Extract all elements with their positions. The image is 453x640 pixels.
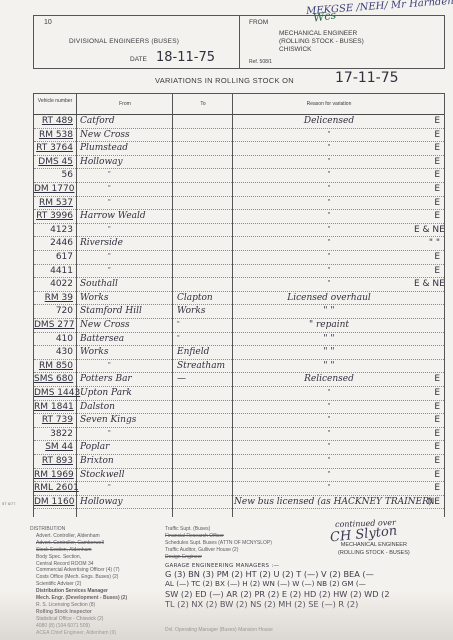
vehicle-number: 3822 <box>34 427 75 441</box>
garage-code-line: SW (2) ED (—) AR (2) PR (2) E (2) HD (2)… <box>165 589 390 599</box>
vehicle-number: RM 537 <box>34 196 75 210</box>
reason: Relicensed <box>234 372 424 386</box>
table-row: RM 850"Streatham" " <box>34 359 444 374</box>
code: E <box>414 481 442 495</box>
table-row: RT 489CatfordDelicensedE <box>34 114 444 129</box>
distribution-item: R. S. Licensing Section (8) <box>36 602 127 609</box>
table-header: Vehicle number From To Reason for variat… <box>34 94 444 115</box>
margin-note: 5T 6/77 <box>2 501 16 506</box>
table-row: 4022Southall"E & NE <box>34 277 444 292</box>
from-garage: Riverside <box>78 236 172 250</box>
vehicle-number: RM 1969 <box>34 468 75 482</box>
col-header-to: To <box>174 101 232 107</box>
code: E <box>414 182 442 196</box>
table-row: RML 2601""E <box>34 481 444 496</box>
table-row: DM 1160HollowayNew bus licensed (as HACK… <box>34 495 444 510</box>
from-garage: Seven Kings <box>78 413 172 427</box>
col-header-reason: Reason for variation <box>234 101 424 107</box>
table-row: DMS 1443Upton Park"E <box>34 386 444 401</box>
code: NE <box>414 495 442 509</box>
from-garage: Potters Bar <box>78 372 172 386</box>
code <box>414 318 442 332</box>
distribution-item: ACEA Chief Engineer, Aldenham (9) <box>36 630 127 637</box>
to-garage <box>174 386 232 400</box>
date-value: 18-11-75 <box>156 50 215 65</box>
table-row: DMS 45Holloway"E <box>34 155 444 170</box>
from-garage: " <box>78 427 172 441</box>
garage-code-line: TL (2) NX (2) BW (2) NS (2) MH (2) SE (—… <box>165 599 390 609</box>
from-garage: Southall <box>78 277 172 291</box>
distribution-item: Traffic Supt. (Buses) <box>165 526 272 533</box>
to-garage <box>174 495 232 509</box>
distribution-item: Schedules Supt. Buses (ATTN OF MCNYSLOP) <box>165 540 272 547</box>
to-garage <box>174 223 232 237</box>
from-garage: Battersea <box>78 332 172 346</box>
page-title: VARIATIONS IN ROLLING STOCK ON <box>155 76 294 85</box>
distribution-item: 4080 (8) (104 6071 509) <box>36 623 127 630</box>
to-garage <box>174 155 232 169</box>
code <box>414 359 442 373</box>
from-garage: " <box>78 223 172 237</box>
from-garage: Stamford Hill <box>78 304 172 318</box>
from-garage: Brixton <box>78 454 172 468</box>
code: E <box>414 386 442 400</box>
distribution-item: Traffic Auditor, Gulliver House (2) <box>165 547 272 554</box>
vehicle-number: DM 1770 <box>34 182 75 196</box>
to-garage <box>174 114 232 128</box>
vehicle-number: RT 3764 <box>34 141 75 155</box>
distribution-item: Design Engineer <box>165 554 272 561</box>
variations-table: Vehicle number From To Reason for variat… <box>33 93 445 517</box>
distribution-item: Financial Research Officer <box>165 533 272 540</box>
from-garage: " <box>78 264 172 278</box>
vehicle-number: 56 <box>34 168 75 182</box>
reason: " <box>234 141 424 155</box>
sender-line-1: MECHANICAL ENGINEER <box>279 30 357 37</box>
code: E <box>414 168 442 182</box>
to-garage: " <box>174 332 232 346</box>
signature-title-line-2: (ROLLING STOCK - BUSES) <box>338 549 410 557</box>
vehicle-number: RML 2601 <box>34 481 75 495</box>
from-garage: Holloway <box>78 155 172 169</box>
code: E <box>414 196 442 210</box>
code: E <box>414 114 442 128</box>
code: E <box>414 141 442 155</box>
distribution-item: Statistical Office - Chiswick (2) <box>36 616 127 623</box>
to-garage <box>174 454 232 468</box>
to-garage <box>174 250 232 264</box>
to-garage <box>174 468 232 482</box>
from-label: FROM <box>249 19 268 26</box>
distribution-item: Advert. Controller, Camberwell <box>36 540 127 547</box>
table-row: RM 537""E <box>34 196 444 211</box>
reason: " <box>234 277 424 291</box>
reason: " <box>234 454 424 468</box>
garage-managers: GARAGE ENGINEERING MANAGERS :— G (3) BN … <box>165 563 390 609</box>
table-row: RM 1969Stockwell"E <box>34 468 444 483</box>
table-row: RT 739Seven Kings"E <box>34 413 444 428</box>
vehicle-number: 410 <box>34 332 75 346</box>
table-row: 3822""E <box>34 427 444 442</box>
to-garage <box>174 209 232 223</box>
signature-title: MECHANICAL ENGINEER (ROLLING STOCK - BUS… <box>338 541 410 557</box>
from-garage: " <box>78 196 172 210</box>
code: E <box>414 413 442 427</box>
table-row: RM 39WorksClaptonLicensed overhaul <box>34 291 444 306</box>
from-garage: " <box>78 250 172 264</box>
vehicle-number: RM 1841 <box>34 400 75 414</box>
distribution-item: Costs Office (Mech. Engs. Buses) (2) <box>36 574 127 581</box>
vehicle-number: RT 489 <box>34 114 75 128</box>
reason: " <box>234 440 424 454</box>
table-row: 430WorksEnfield" " <box>34 345 444 360</box>
vehicle-number: DM 1160 <box>34 495 75 509</box>
from-garage: Harrow Weald <box>78 209 172 223</box>
vehicle-number: RM 538 <box>34 128 75 142</box>
distribution-item: Stock Section, Aldenham <box>36 547 127 554</box>
vehicle-number: 430 <box>34 345 75 359</box>
table-row: SM 44Poplar"E <box>34 440 444 455</box>
vehicle-number: RT 893 <box>34 454 75 468</box>
vehicle-number: SM 44 <box>34 440 75 454</box>
distribution-item: Central Record ROOM 34 <box>36 561 127 568</box>
vehicle-number: RT 739 <box>34 413 75 427</box>
from-garage: " <box>78 182 172 196</box>
reason: " <box>234 236 424 250</box>
garage-code-line: G (3) BN (3) PM (2) HT (2) U (2) T (—) V… <box>165 569 390 579</box>
reason: " <box>234 223 424 237</box>
distribution-list-right: Traffic Supt. (Buses)Financial Research … <box>165 526 272 561</box>
code: E <box>414 264 442 278</box>
distribution-item: Distribution Services Manager <box>36 588 127 595</box>
header-divider <box>239 16 240 68</box>
reason: " " <box>234 359 424 373</box>
to-garage <box>174 264 232 278</box>
reason: " repaint <box>234 318 424 332</box>
reason: " " <box>234 345 424 359</box>
reason: " " <box>234 304 424 318</box>
from-garage: Works <box>78 345 172 359</box>
from-garage: Plumstead <box>78 141 172 155</box>
vehicle-number: 4411 <box>34 264 75 278</box>
from-garage: Catford <box>78 114 172 128</box>
distribution-item: Rolling Stock Inspector <box>36 609 127 616</box>
from-garage: New Cross <box>78 128 172 142</box>
distribution-item: Body Spec. Section, <box>36 554 127 561</box>
reason: " <box>234 168 424 182</box>
from-garage: " <box>78 481 172 495</box>
reason: " <box>234 250 424 264</box>
from-garage: Holloway <box>78 495 172 509</box>
title-date: 17-11-75 <box>335 70 399 86</box>
vehicle-number: 4022 <box>34 277 75 291</box>
to-garage <box>174 277 232 291</box>
reason: " <box>234 128 424 142</box>
table-row: 4411""E <box>34 264 444 279</box>
distribution-heading: DISTRIBUTION <box>30 526 127 533</box>
distribution-right: Traffic Supt. (Buses)Financial Research … <box>165 526 272 561</box>
garage-codes: G (3) BN (3) PM (2) HT (2) U (2) T (—) V… <box>165 569 390 609</box>
from-garage: New Cross <box>78 318 172 332</box>
reason: " <box>234 400 424 414</box>
table-row: RM 1841Dalston"E <box>34 400 444 415</box>
to-garage <box>174 168 232 182</box>
vehicle-number: RM 39 <box>34 291 75 305</box>
code <box>414 304 442 318</box>
header-box: 10 DIVISIONAL ENGINEERS (BUSES) DATE 18-… <box>33 15 445 69</box>
reason: Licensed overhaul <box>234 291 424 305</box>
reason: " <box>234 413 424 427</box>
distribution-item: Mech. Engr. (Development - Buses) (2) <box>36 595 127 602</box>
reason: " <box>234 182 424 196</box>
vehicle-number: 617 <box>34 250 75 264</box>
reason: " <box>234 386 424 400</box>
table-row: RM 538New Cross"E <box>34 128 444 143</box>
vehicle-number: 2446 <box>34 236 75 250</box>
reference: Ref. 508/1 <box>249 59 272 65</box>
recipient: DIVISIONAL ENGINEERS (BUSES) <box>69 38 179 45</box>
reason: " <box>234 427 424 441</box>
distribution-item: Scientific Adviser (2) <box>36 581 127 588</box>
reason: " <box>234 155 424 169</box>
code <box>414 332 442 346</box>
to-garage <box>174 128 232 142</box>
vehicle-number: RT 3996 <box>34 209 75 223</box>
code: E & NE <box>414 223 442 237</box>
code: E <box>414 427 442 441</box>
distribution-item: Advert. Controller, Aldenham <box>36 533 127 540</box>
to-garage <box>174 440 232 454</box>
from-garage: Poplar <box>78 440 172 454</box>
code: E <box>414 155 442 169</box>
reason: " <box>234 209 424 223</box>
col-header-from: From <box>78 101 172 107</box>
table-row: 56""E <box>34 168 444 183</box>
vehicle-number: SMS 680 <box>34 372 75 386</box>
date-label: DATE <box>130 56 147 63</box>
vehicle-number: DMS 45 <box>34 155 75 169</box>
code: E <box>414 209 442 223</box>
garage-code-line: AL (—) TC (2) BX (—) H (2) WN (—) W (—) … <box>165 579 390 589</box>
reason: " <box>234 264 424 278</box>
to-garage <box>174 481 232 495</box>
code: E <box>414 128 442 142</box>
to-garage <box>174 400 232 414</box>
to-garage: " <box>174 318 232 332</box>
distribution-left: Advert. Controller, AldenhamAdvert. Cont… <box>30 533 127 637</box>
code <box>414 345 442 359</box>
table-row: RT 3996Harrow Weald"E <box>34 209 444 224</box>
signature-title-line-1: MECHANICAL ENGINEER <box>338 541 410 549</box>
distribution-list: DISTRIBUTION Advert. Controller, Aldenha… <box>30 526 127 637</box>
from-garage: " <box>78 359 172 373</box>
distribution-item: Commercial Advertising Officer (4) (7) <box>36 567 127 574</box>
code: E <box>414 400 442 414</box>
to-garage <box>174 413 232 427</box>
code: E <box>414 440 442 454</box>
from-garage: Dalston <box>78 400 172 414</box>
code: " " <box>414 236 442 250</box>
document-page: 10 DIVISIONAL ENGINEERS (BUSES) DATE 18-… <box>0 0 453 640</box>
to-garage: Streatham <box>174 359 232 373</box>
col-header-vehicle: Vehicle number <box>36 98 74 104</box>
table-row: DMS 277New Cross"" repaint <box>34 318 444 333</box>
table-row: 4123""E & NE <box>34 223 444 238</box>
code <box>414 291 442 305</box>
sender-line-2: (ROLLING STOCK - BUSES) <box>279 38 364 45</box>
sender-line-3: CHISWICK <box>279 46 312 53</box>
to-garage <box>174 141 232 155</box>
code: E <box>414 468 442 482</box>
code: E <box>414 454 442 468</box>
from-garage: Works <box>78 291 172 305</box>
vehicle-number: 4123 <box>34 223 75 237</box>
vehicle-number: 720 <box>34 304 75 318</box>
to-garage: Enfield <box>174 345 232 359</box>
vehicle-number: RM 850 <box>34 359 75 373</box>
table-row: RT 893Brixton"E <box>34 454 444 469</box>
to-garage: Clapton <box>174 291 232 305</box>
to-garage <box>174 236 232 250</box>
reason: " <box>234 481 424 495</box>
code: E <box>414 250 442 264</box>
table-row: 720Stamford HillWorks" " <box>34 304 444 319</box>
table-row: 2446Riverside"" " <box>34 236 444 251</box>
table-row: 410Battersea"" " <box>34 332 444 347</box>
from-garage: Upton Park <box>78 386 172 400</box>
vehicle-number: DMS 277 <box>34 318 75 332</box>
from-garage: Stockwell <box>78 468 172 482</box>
to-garage <box>174 196 232 210</box>
reason: " <box>234 468 424 482</box>
table-row: SMS 680Potters Bar—RelicensedE <box>34 372 444 387</box>
code: E & NE <box>414 277 442 291</box>
table-row: RT 3764Plumstead"E <box>34 141 444 156</box>
to-garage <box>174 182 232 196</box>
to-garage <box>174 427 232 441</box>
reason: New bus licensed (as HACKNEY TRAINER) <box>234 495 424 509</box>
reason: " <box>234 196 424 210</box>
footer-recipient: Dvl. Operating Manager (Buses) Mansion H… <box>165 627 273 633</box>
code: E <box>414 372 442 386</box>
reason: " " <box>234 332 424 346</box>
reason: Delicensed <box>234 114 424 128</box>
table-row: DM 1770""E <box>34 182 444 197</box>
vehicle-number: DMS 1443 <box>34 386 75 400</box>
to-garage: Works <box>174 304 232 318</box>
from-garage: " <box>78 168 172 182</box>
form-number: 10 <box>44 19 52 26</box>
table-row: 617""E <box>34 250 444 265</box>
to-garage: — <box>174 372 232 386</box>
